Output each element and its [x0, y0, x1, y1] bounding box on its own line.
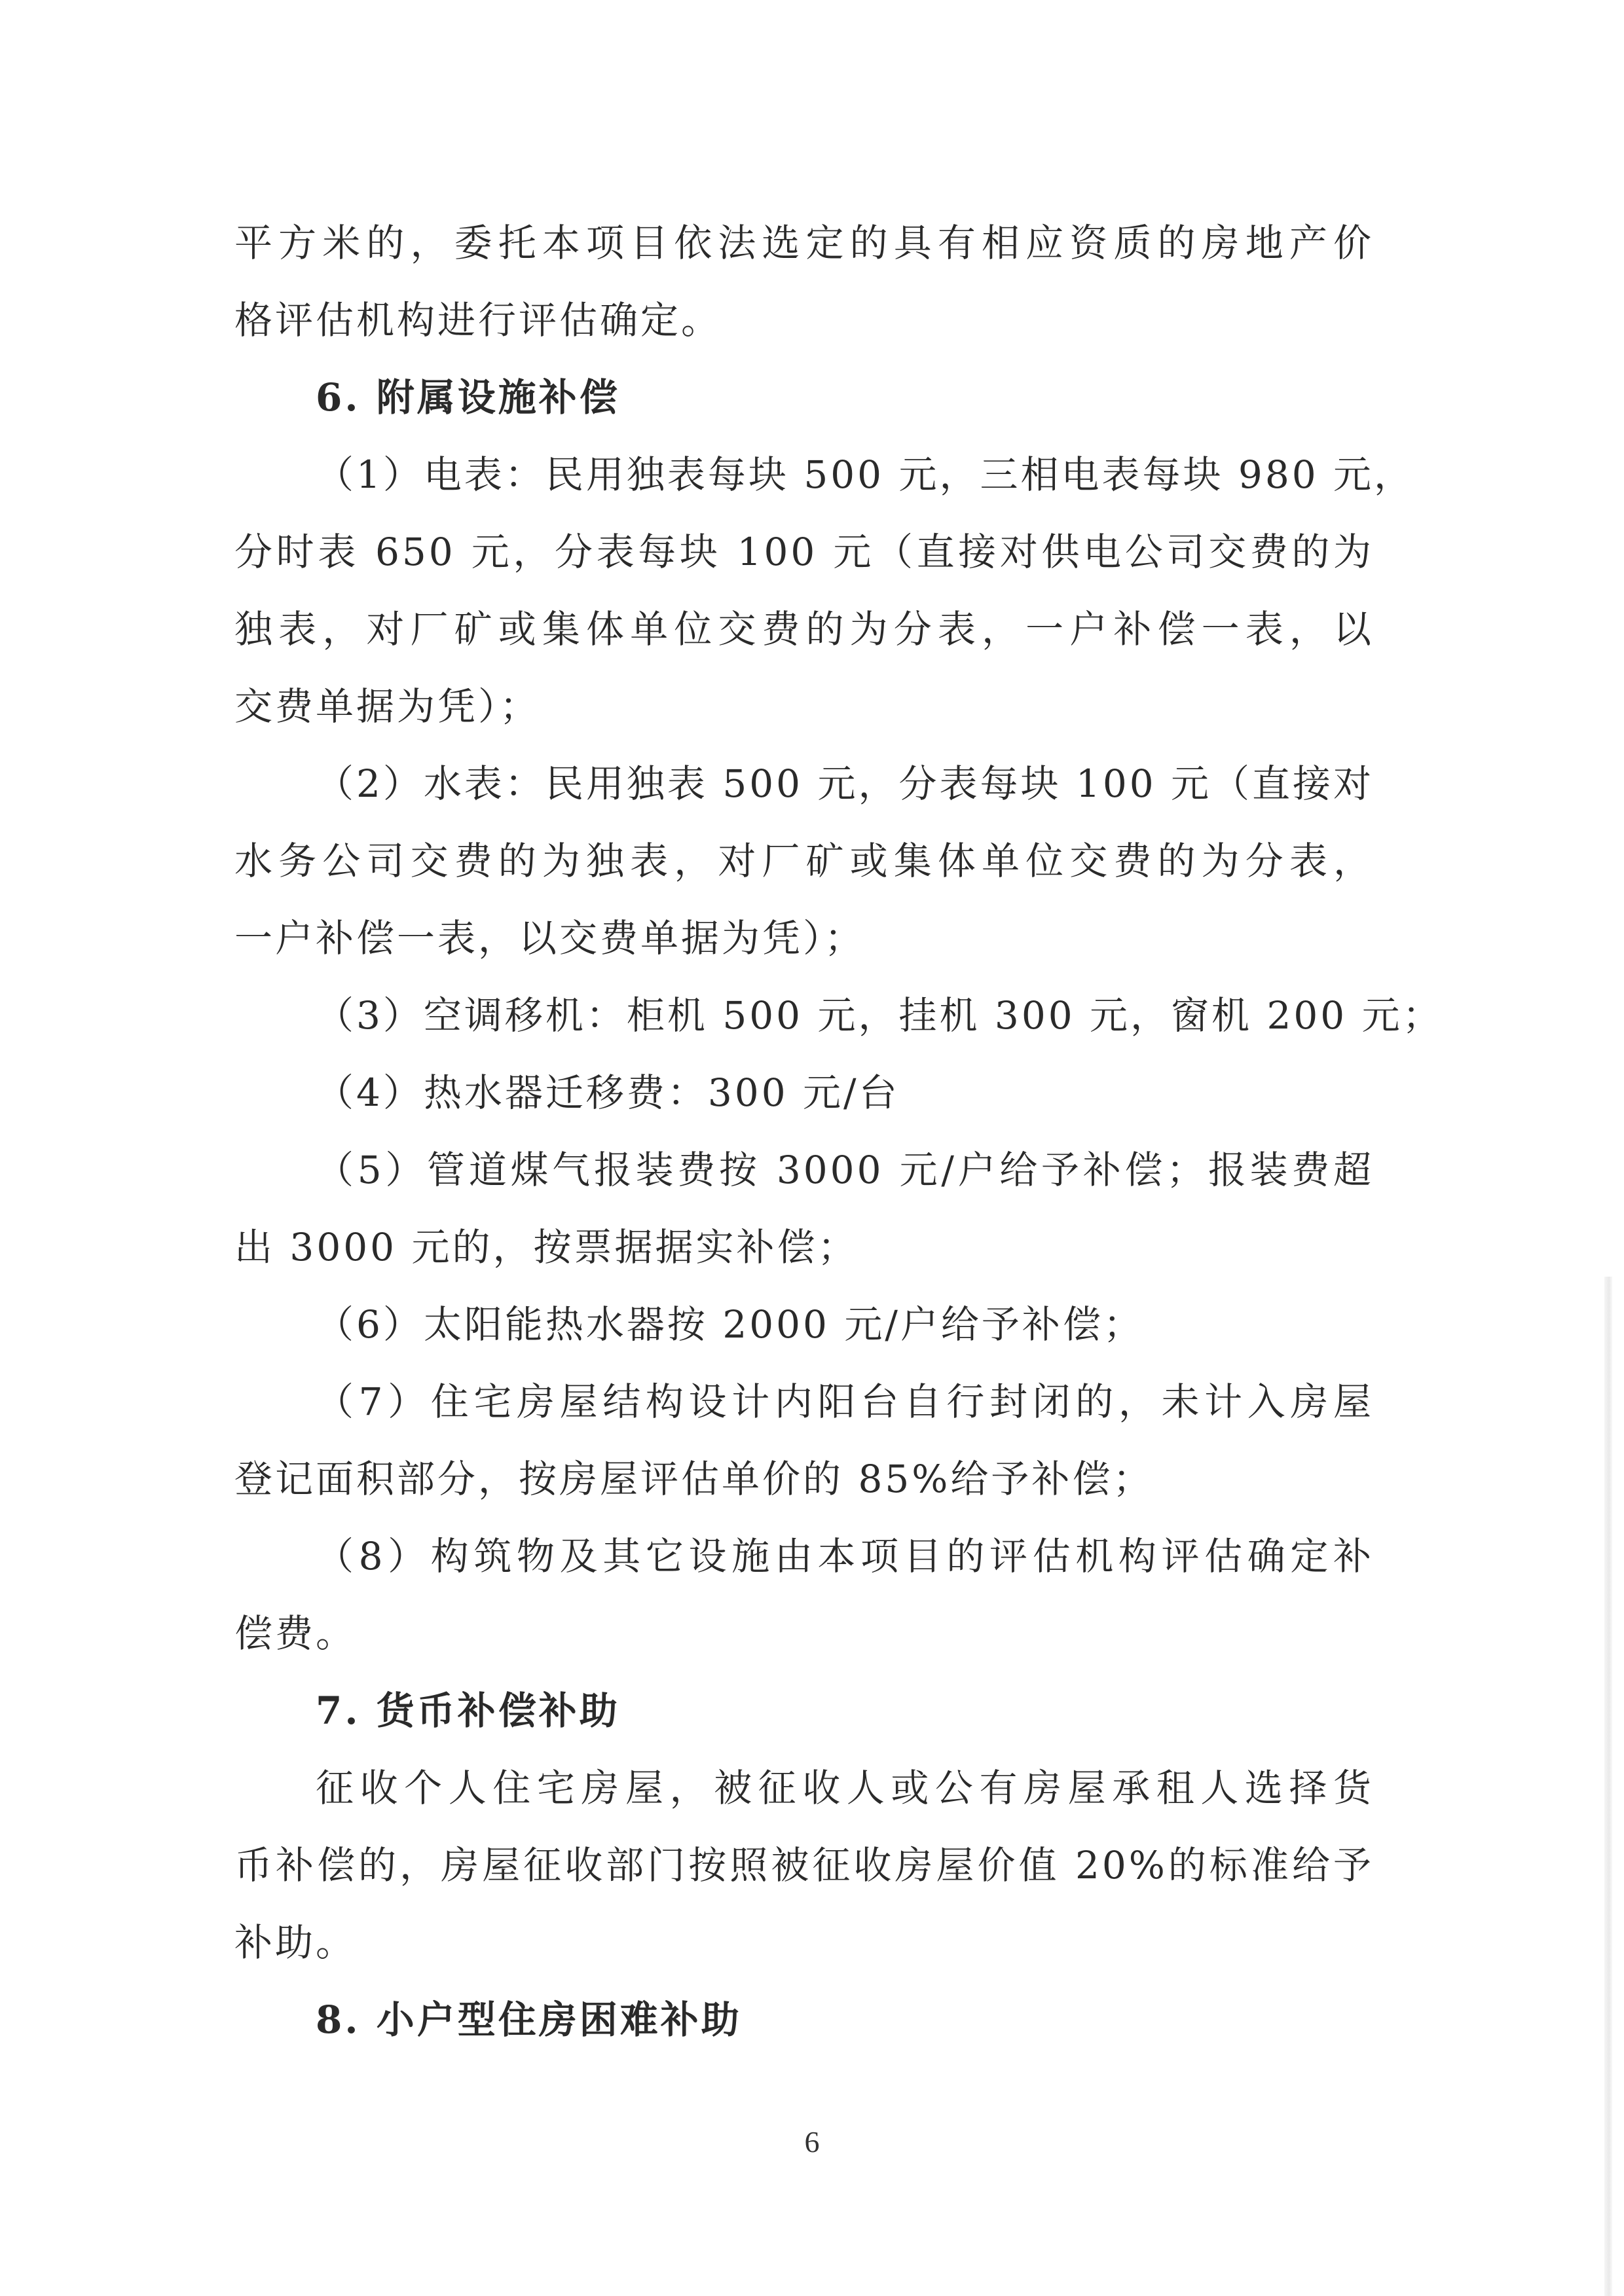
text-line: （1）电表：民用独表每块 500 元，三相电表每块 980 元， [234, 436, 1374, 513]
heading-text: 7. 货币补偿补助 [234, 1672, 1374, 1749]
document-page: 平方米的，委托本项目依法选定的具有相应资质的房地产价 格评估机构进行评估确定。 … [234, 204, 1374, 2058]
text-line: 格评估机构进行评估确定。 [234, 282, 1374, 359]
page-number: 6 [0, 2124, 1624, 2159]
text-line: （8）构筑物及其它设施由本项目的评估机构评估确定补 [234, 1518, 1374, 1595]
paragraph-monetary-subsidy: 征收个人住宅房屋，被征收人或公有房屋承租人选择货 币补偿的，房屋征收部门按照被征… [234, 1749, 1374, 1981]
section-heading-8: 8. 小户型住房困难补助 [234, 1981, 1374, 2058]
text-line: 分时表 650 元，分表每块 100 元（直接对供电公司交费的为 [234, 513, 1374, 591]
paragraph-continuation: 平方米的，委托本项目依法选定的具有相应资质的房地产价 格评估机构进行评估确定。 [234, 204, 1374, 359]
text-line: （5）管道煤气报装费按 3000 元/户给予补偿；报装费超 [234, 1131, 1374, 1209]
text-line: 征收个人住宅房屋，被征收人或公有房屋承租人选择货 [234, 1749, 1374, 1827]
text-line: 币补偿的，房屋征收部门按照被征收房屋价值 20%的标准给予 [234, 1827, 1374, 1904]
item-electric-meter: （1）电表：民用独表每块 500 元，三相电表每块 980 元， 分时表 650… [234, 436, 1374, 745]
text-line: 水务公司交费的为独表，对厂矿或集体单位交费的为分表， [234, 822, 1374, 900]
text-line: 登记面积部分，按房屋评估单价的 85%给予补偿； [234, 1440, 1374, 1518]
item-solar-water-heater: （6）太阳能热水器按 2000 元/户给予补偿； [234, 1286, 1374, 1363]
heading-text: 6. 附属设施补偿 [234, 359, 1374, 436]
text-line: （3）空调移机：柜机 500 元，挂机 300 元，窗机 200 元； [234, 977, 1374, 1054]
text-line: （6）太阳能热水器按 2000 元/户给予补偿； [234, 1286, 1374, 1363]
text-line: 独表，对厂矿或集体单位交费的为分表，一户补偿一表，以 [234, 591, 1374, 668]
item-water-heater-relocation: （4）热水器迁移费：300 元/台 [234, 1054, 1374, 1131]
text-line: 交费单据为凭）； [234, 668, 1374, 745]
section-heading-6: 6. 附属设施补偿 [234, 359, 1374, 436]
item-structures-other-facilities: （8）构筑物及其它设施由本项目的评估机构评估确定补 偿费。 [234, 1518, 1374, 1672]
text-line: 偿费。 [234, 1595, 1374, 1672]
item-air-conditioner: （3）空调移机：柜机 500 元，挂机 300 元，窗机 200 元； [234, 977, 1374, 1054]
text-line: 一户补偿一表，以交费单据为凭）； [234, 900, 1374, 977]
item-enclosed-balcony: （7）住宅房屋结构设计内阳台自行封闭的，未计入房屋 登记面积部分，按房屋评估单价… [234, 1363, 1374, 1518]
text-line: （2）水表：民用独表 500 元，分表每块 100 元（直接对 [234, 745, 1374, 822]
text-line: （7）住宅房屋结构设计内阳台自行封闭的，未计入房屋 [234, 1363, 1374, 1440]
heading-text: 8. 小户型住房困难补助 [234, 1981, 1374, 2058]
text-line: （4）热水器迁移费：300 元/台 [234, 1054, 1374, 1131]
text-line: 平方米的，委托本项目依法选定的具有相应资质的房地产价 [234, 204, 1374, 282]
scan-edge-artifact [1604, 1277, 1612, 2296]
text-line: 补助。 [234, 1904, 1374, 1981]
text-line: 出 3000 元的，按票据据实补偿； [234, 1209, 1374, 1286]
item-pipeline-gas: （5）管道煤气报装费按 3000 元/户给予补偿；报装费超 出 3000 元的，… [234, 1131, 1374, 1286]
section-heading-7: 7. 货币补偿补助 [234, 1672, 1374, 1749]
item-water-meter: （2）水表：民用独表 500 元，分表每块 100 元（直接对 水务公司交费的为… [234, 745, 1374, 977]
